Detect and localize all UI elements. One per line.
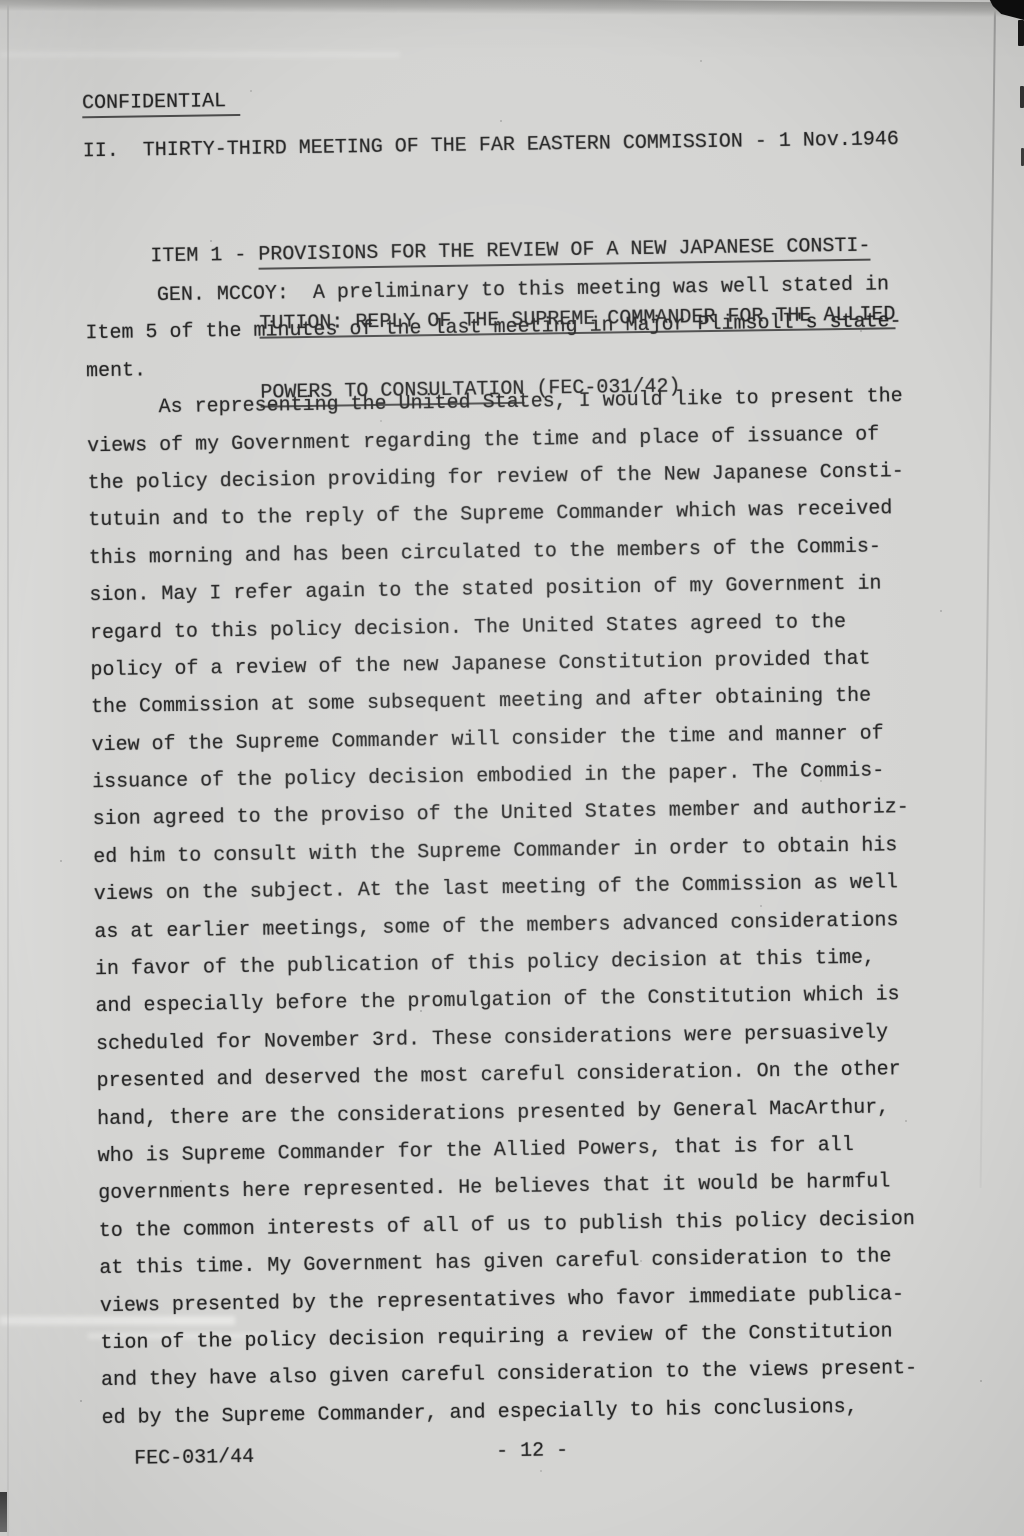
item-title-line-1: PROVISIONS FOR THE REVIEW OF A NEW JAPAN… — [258, 235, 870, 270]
scan-bottom-left-mark — [0, 1492, 7, 1532]
scanned-document-page: { "document": { "classification": "CONFI… — [0, 0, 1024, 1536]
typed-page-content: CONFIDENTIAL II. THIRTY-THIRD MEETING OF… — [0, 0, 1024, 1536]
classification-label: CONFIDENTIAL — [82, 92, 240, 114]
scan-edge-mark — [1018, 20, 1024, 46]
footer-document-number: FEC-031/44 — [134, 1448, 254, 1470]
footer-page-number: - 12 - — [496, 1441, 568, 1462]
classification-text: CONFIDENTIAL — [82, 90, 240, 118]
item-heading-line-1: ITEM 1 - PROVISIONS FOR THE REVIEW OF A … — [150, 234, 894, 268]
body-text: GEN. MCCOY: A preliminary to this meetin… — [85, 266, 918, 1437]
meeting-heading: II. THIRTY-THIRD MEETING OF THE FAR EAST… — [83, 130, 899, 162]
scan-edge-mark — [1020, 86, 1024, 108]
item-label: ITEM 1 - — [150, 244, 258, 269]
